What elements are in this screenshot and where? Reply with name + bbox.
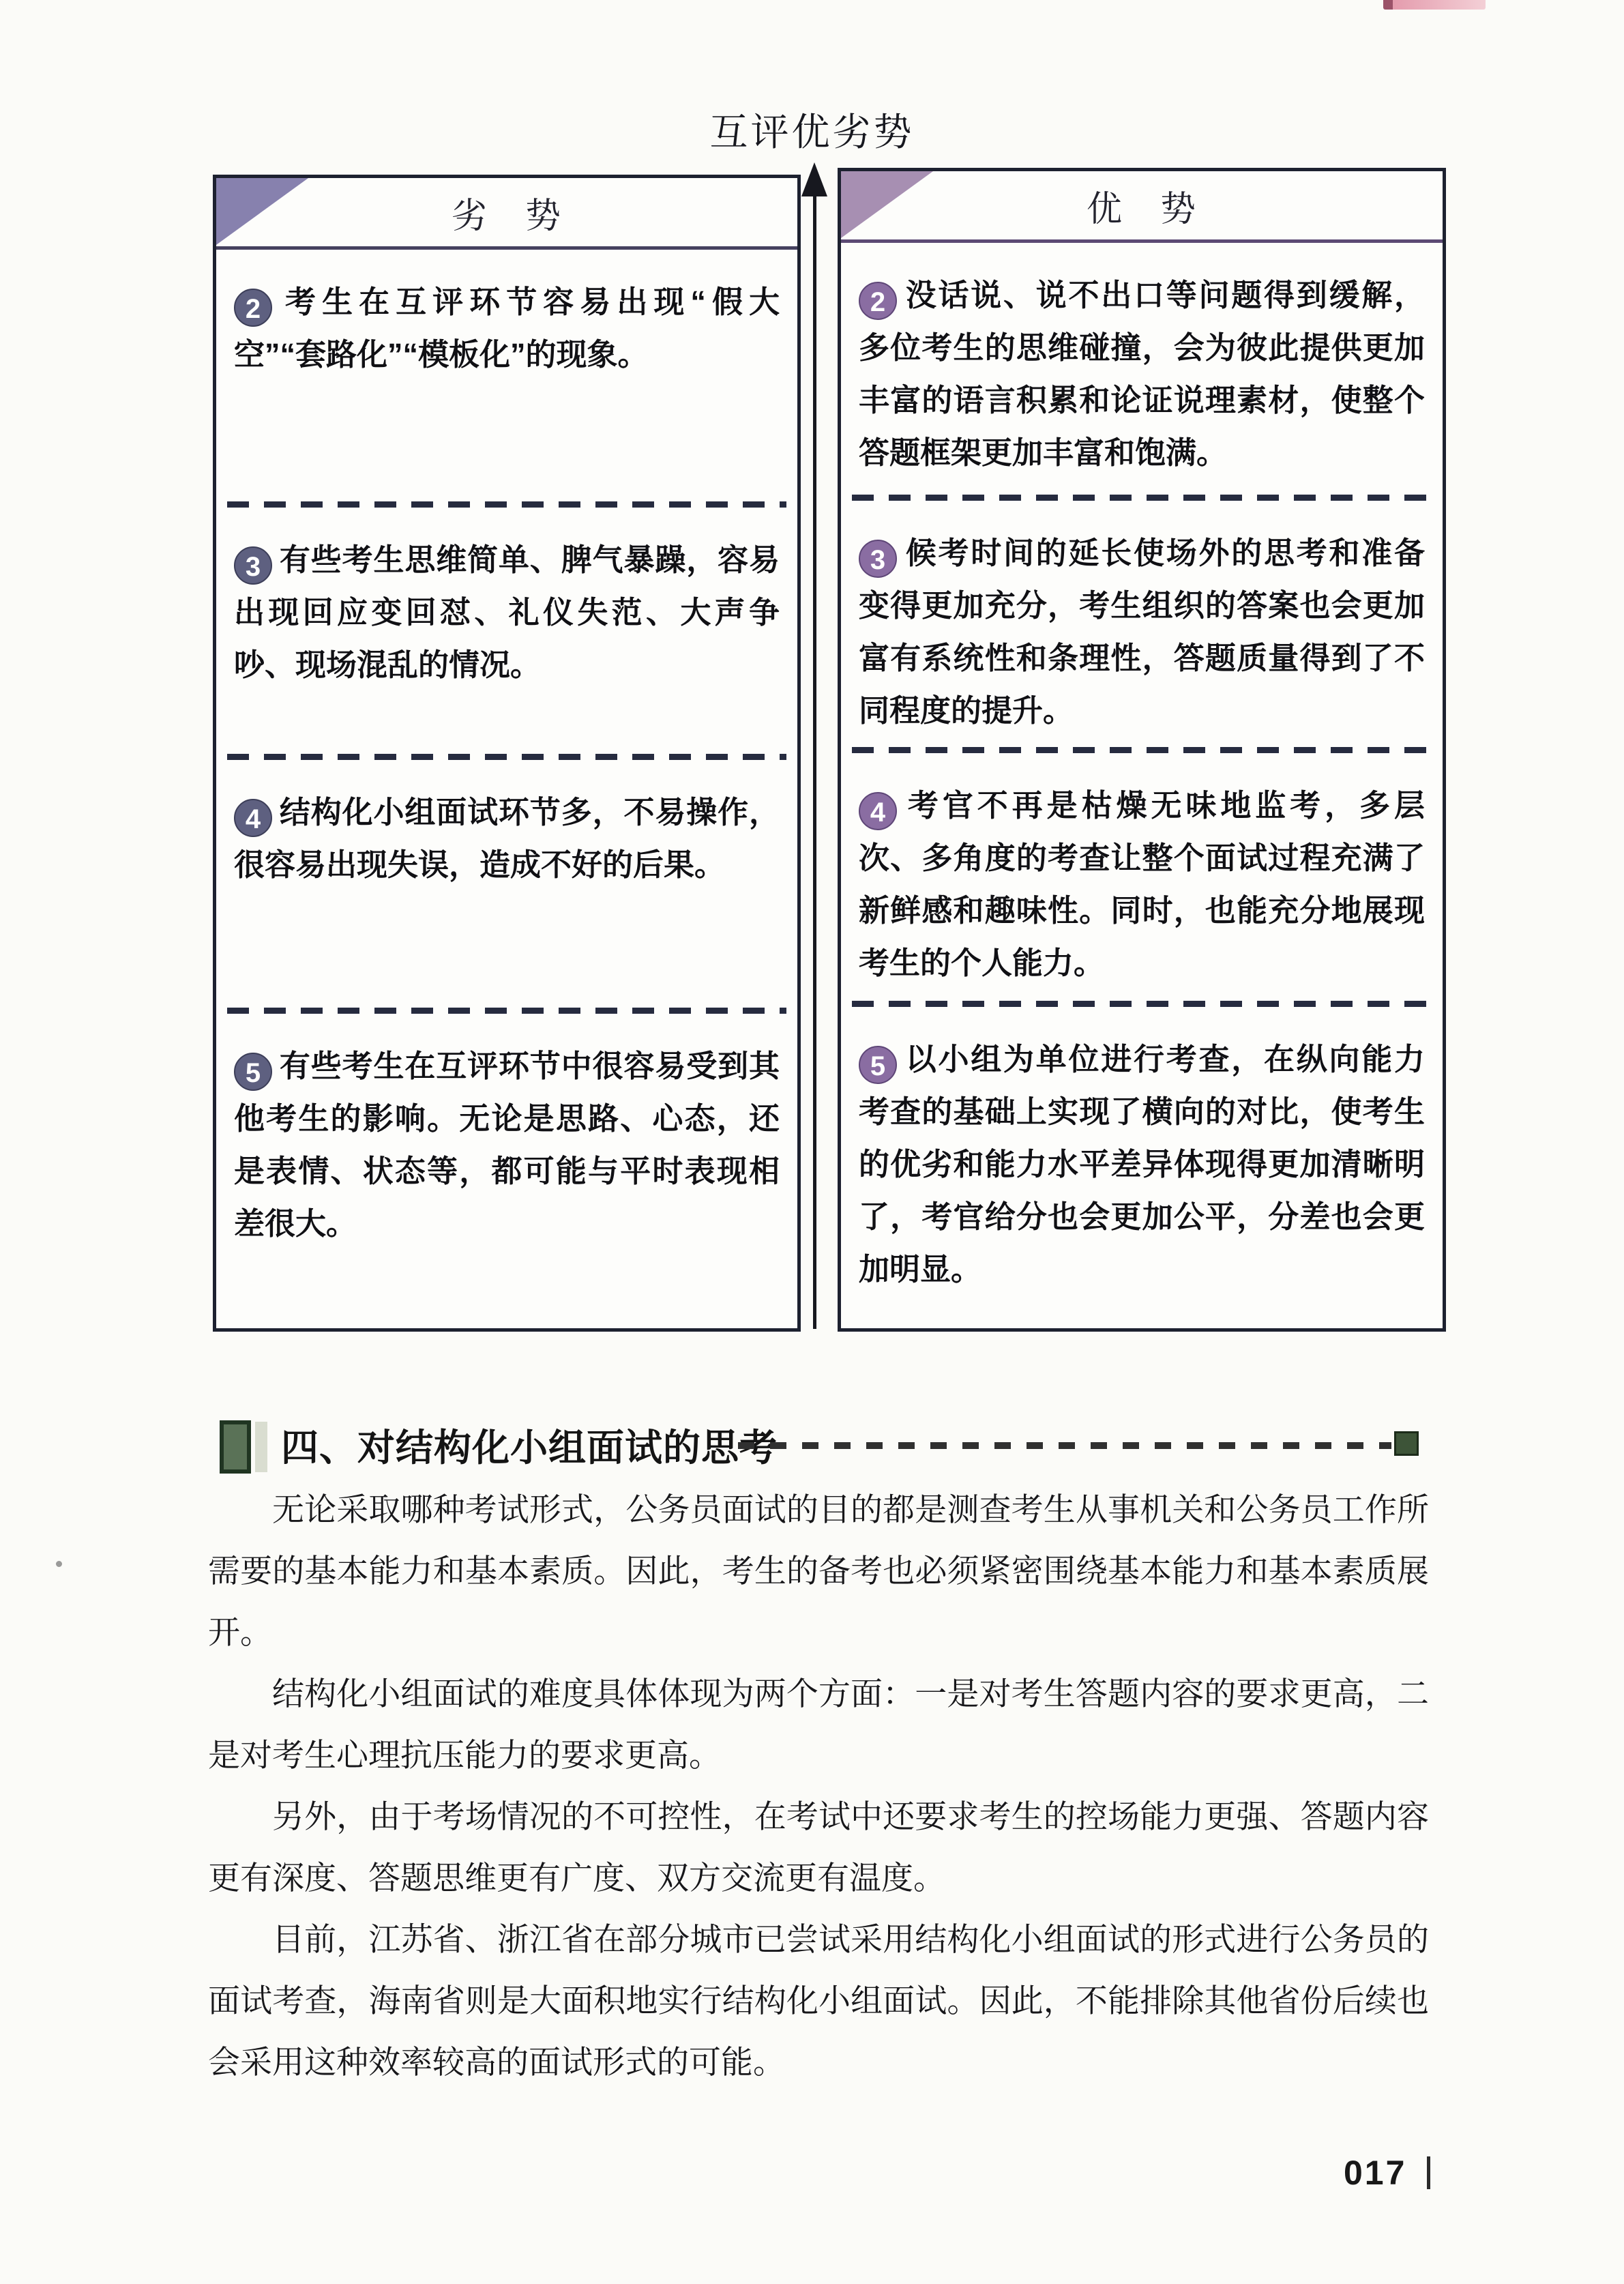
item-number-badge: 3 — [234, 546, 272, 585]
disadvantages-header-label: 劣 势 — [452, 187, 562, 238]
disadvantages-box: 劣 势 2考生在互评环节容易出现“假大空”“套路化”“模板化”的现象。 3有些考… — [213, 175, 801, 1332]
dashed-separator — [227, 501, 786, 508]
book-page: 互评优劣势 劣 势 2考生在互评环节容易出现“假大空”“套路化”“模板化”的现象… — [0, 0, 1624, 2284]
advantages-header: 优 势 — [841, 171, 1443, 243]
dashed-separator — [227, 754, 786, 760]
item-text: 有些考生在互评环节中很容易受到其他考生的影响。无论是思路、心态，还是表情、状态等… — [234, 1049, 780, 1241]
up-arrow-shaft — [813, 194, 816, 1329]
paragraph: 结构化小组面试的难度具体体现为两个方面：一是对考生答题内容的要求更高，二是对考生… — [208, 1663, 1429, 1786]
paragraph: 另外，由于考场情况的不可控性，在考试中还要求考生的控场能力更强、答题内容更有深度… — [208, 1786, 1429, 1909]
stray-ink-dot — [56, 1561, 62, 1567]
list-item: 5有些考生在互评环节中很容易受到其他考生的影响。无论是思路、心态，还是表情、状态… — [216, 1014, 797, 1328]
corner-triangle-icon — [841, 171, 933, 238]
item-number-badge: 3 — [859, 540, 897, 578]
list-item: 5以小组为单位进行考查，在纵向能力考查的基础上实现了横向的对比，使考生的优劣和能… — [841, 1007, 1443, 1328]
page-number-divider — [1427, 2156, 1430, 2189]
scan-artifact-mark — [1383, 0, 1486, 10]
dashed-separator — [852, 495, 1432, 501]
advantages-box: 优 势 2没话说、说不出口等问题得到缓解，多位考生的思维碰撞，会为彼此提供更加丰… — [838, 168, 1446, 1332]
item-text: 以小组为单位进行考查，在纵向能力考查的基础上实现了横向的对比，使考生的优劣和能力… — [859, 1042, 1425, 1287]
dashed-separator — [852, 747, 1432, 753]
item-text: 结构化小组面试环节多，不易操作，很容易出现失误，造成不好的后果。 — [234, 795, 780, 882]
page-number: 017 — [1344, 2153, 1430, 2193]
list-item: 4结构化小组面试环节多，不易操作，很容易出现失误，造成不好的后果。 — [216, 760, 797, 1014]
list-item: 3有些考生思维简单、脾气暴躁，容易出现回应变回怼、礼仪失范、大声争吵、现场混乱的… — [216, 508, 797, 760]
advantages-header-label: 优 势 — [1087, 180, 1197, 231]
item-number-badge: 5 — [234, 1053, 272, 1091]
paragraph: 目前，江苏省、浙江省在部分城市已尝试采用结构化小组面试的形式进行公务员的面试考查… — [208, 1909, 1429, 2093]
up-arrow-head-icon — [801, 162, 827, 196]
item-number-badge: 4 — [859, 792, 897, 830]
diagram-title: 互评优劣势 — [0, 102, 1624, 157]
advantages-list: 2没话说、说不出口等问题得到缓解，多位考生的思维碰撞，会为彼此提供更加丰富的语言… — [841, 243, 1443, 1328]
list-item: 2考生在互评环节容易出现“假大空”“套路化”“模板化”的现象。 — [216, 250, 797, 508]
item-number-badge: 5 — [859, 1046, 897, 1084]
list-item: 4考官不再是枯燥无味地监考，多层次、多角度的考查让整个面试过程充满了新鲜感和趣味… — [841, 753, 1443, 1007]
list-item: 2没话说、说不出口等问题得到缓解，多位考生的思维碰撞，会为彼此提供更加丰富的语言… — [841, 243, 1443, 501]
item-text: 考生在互评环节容易出现“假大空”“套路化”“模板化”的现象。 — [234, 284, 780, 372]
item-text: 考官不再是枯燥无味地监考，多层次、多角度的考查让整个面试过程充满了新鲜感和趣味性… — [859, 788, 1425, 980]
list-item: 3候考时间的延长使场外的思考和准备变得更加充分，考生组织的答案也会更加富有系统性… — [841, 501, 1443, 753]
dashed-separator — [227, 1008, 786, 1014]
corner-triangle-icon — [216, 178, 308, 245]
section-heading: 四、对结构化小组面试的思考 — [281, 1418, 778, 1472]
item-number-badge: 2 — [859, 282, 897, 320]
item-number-badge: 2 — [234, 289, 272, 327]
dashed-separator — [852, 1001, 1432, 1007]
item-number-badge: 4 — [234, 799, 272, 837]
section-dash-end-square — [1394, 1431, 1419, 1456]
item-text: 没话说、说不出口等问题得到缓解，多位考生的思维碰撞，会为彼此提供更加丰富的语言积… — [859, 278, 1425, 470]
section-marker-bar-icon — [255, 1422, 267, 1472]
section-body: 无论采取哪种考试形式，公务员面试的目的都是测查考生从事机关和公务员工作所需要的基… — [208, 1479, 1429, 2093]
item-text: 有些考生思维简单、脾气暴躁，容易出现回应变回怼、礼仪失范、大声争吵、现场混乱的情… — [234, 542, 780, 682]
section-dashed-line — [738, 1442, 1391, 1449]
disadvantages-list: 2考生在互评环节容易出现“假大空”“套路化”“模板化”的现象。 3有些考生思维简… — [216, 250, 797, 1328]
disadvantages-header: 劣 势 — [216, 178, 797, 250]
paragraph: 无论采取哪种考试形式，公务员面试的目的都是测查考生从事机关和公务员工作所需要的基… — [208, 1479, 1429, 1663]
item-text: 候考时间的延长使场外的思考和准备变得更加充分，考生组织的答案也会更加富有系统性和… — [859, 536, 1425, 728]
section-marker-icon — [220, 1420, 251, 1474]
page-number-value: 017 — [1344, 2153, 1406, 2193]
